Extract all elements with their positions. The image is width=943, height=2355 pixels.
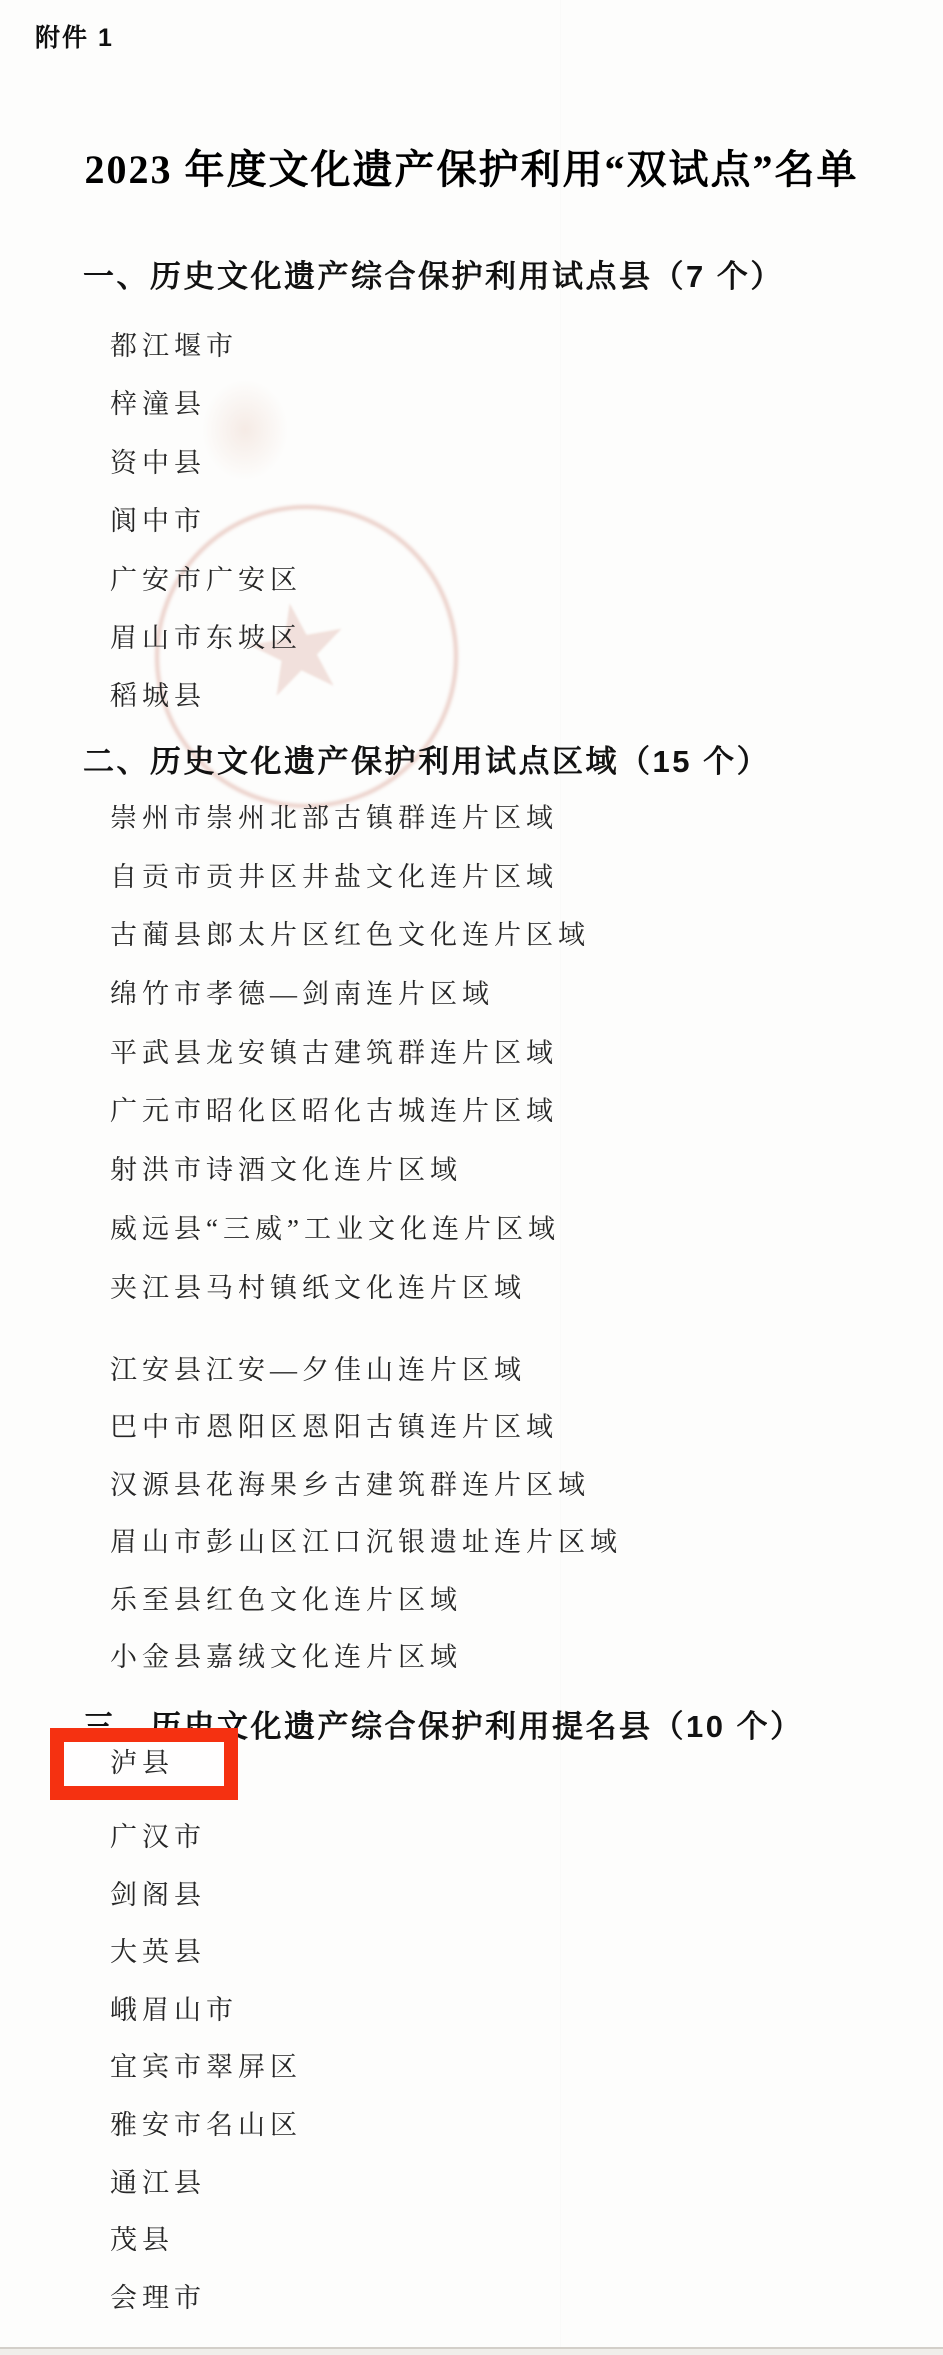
page-title: 2023 年度文化遗产保护利用“双试点”名单 <box>0 138 943 195</box>
attachment-label: 附件 1 <box>35 18 114 54</box>
list-item: 汉源县花海果乡古建筑群连片区域 <box>110 1457 622 1514</box>
list-item: 眉山市东坡区 <box>110 609 302 667</box>
list-item: 都江堰市 <box>110 317 302 375</box>
section-2-list-part2: 江安县江安—夕佳山连片区域 巴中市恩阳区恩阳古镇连片区域 汉源县花海果乡古建筑群… <box>110 1342 622 1686</box>
list-item: 阆中市 <box>110 492 302 550</box>
list-item: 广元市昭化区昭化古城连片区域 <box>110 1082 590 1141</box>
list-item: 江安县江安—夕佳山连片区域 <box>110 1342 622 1399</box>
list-item: 乐至县红色文化连片区域 <box>110 1572 622 1629</box>
red-highlight-box: 泸县 <box>50 1728 238 1800</box>
list-item: 会理市 <box>110 2270 302 2328</box>
list-item: 广汉市 <box>110 1809 302 1867</box>
list-item: 巴中市恩阳区恩阳古镇连片区域 <box>110 1399 622 1456</box>
section-2-list-part1: 崇州市崇州北部古镇群连片区域 自贡市贡井区井盐文化连片区域 古蔺县郎太片区红色文… <box>110 789 590 1317</box>
list-item: 眉山市彭山区江口沉银遗址连片区域 <box>110 1514 622 1571</box>
list-item: 威远县“三威”工业文化连片区域 <box>110 1200 590 1259</box>
section-2-heading: 二、历史文化遗产保护利用试点区域（15 个） <box>83 736 770 781</box>
list-item: 通江县 <box>110 2155 302 2213</box>
list-item: 大英县 <box>110 1924 302 1982</box>
list-item: 剑阁县 <box>110 1867 302 1925</box>
list-item: 广安市广安区 <box>110 551 302 609</box>
list-item: 平武县龙安镇古建筑群连片区域 <box>110 1024 590 1083</box>
list-item: 雅安市名山区 <box>110 2097 302 2155</box>
list-item: 稻城县 <box>110 667 302 725</box>
list-item: 资中县 <box>110 434 302 492</box>
document-page: ★ 附件 1 2023 年度文化遗产保护利用“双试点”名单 一、历史文化遗产综合… <box>0 0 943 2355</box>
list-item: 射洪市诗酒文化连片区域 <box>110 1141 590 1200</box>
list-item: 崇州市崇州北部古镇群连片区域 <box>110 789 590 848</box>
list-item: 绵竹市孝德—剑南连片区域 <box>110 965 590 1024</box>
list-item: 宜宾市翠屏区 <box>110 2039 302 2097</box>
section-1-heading: 一、历史文化遗产综合保护利用试点县（7 个） <box>83 251 784 296</box>
section-3-list: 广汉市 剑阁县 大英县 峨眉山市 宜宾市翠屏区 雅安市名山区 通江县 茂县 会理… <box>110 1809 302 2327</box>
list-item: 夹江县马村镇纸文化连片区域 <box>110 1259 590 1318</box>
list-item: 小金县嘉绒文化连片区域 <box>110 1629 622 1686</box>
list-item: 自贡市贡井区井盐文化连片区域 <box>110 848 590 907</box>
section-1-list: 都江堰市 梓潼县 资中县 阆中市 广安市广安区 眉山市东坡区 稻城县 <box>110 317 302 726</box>
highlighted-list-item: 泸县 <box>110 1742 224 1785</box>
list-item: 茂县 <box>110 2212 302 2270</box>
list-item: 古蔺县郎太片区红色文化连片区域 <box>110 906 590 965</box>
list-item: 梓潼县 <box>110 375 302 433</box>
page-bottom-edge <box>0 2347 943 2355</box>
list-item: 峨眉山市 <box>110 1982 302 2040</box>
